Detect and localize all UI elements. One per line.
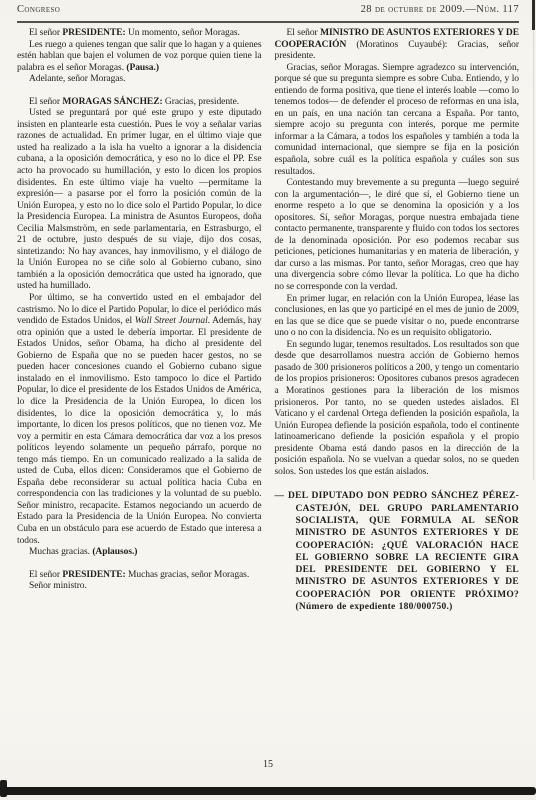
paragraph: Usted se preguntará por qué este grupo y…	[17, 108, 262, 293]
paragraph: Contestando muy brevemente a su pregunta…	[275, 178, 520, 293]
left-column: El señor PRESIDENTE: Un momento, señor M…	[17, 28, 262, 613]
scan-edge-artifact	[0, 787, 536, 795]
speech-moragas-opening: El señor MORAGAS SÁNCHEZ: Gracias, presi…	[17, 97, 262, 109]
speech-president-interruption: El señor PRESIDENTE: Un momento, señor M…	[17, 28, 262, 40]
paragraph: Por último, se ha convertido usted en el…	[17, 293, 262, 547]
paragraph: Señor ministro.	[17, 581, 262, 593]
paragraph: Gracias, señor Moragas. Siempre agradezc…	[275, 63, 520, 178]
page-header: Congreso 28 de octubre de 2009.—Núm. 117	[17, 4, 519, 15]
paragraph: Les ruego a quienes tengan que salir que…	[17, 40, 262, 75]
header-date-issue: 28 de octubre de 2009.—Núm. 117	[361, 4, 519, 15]
scan-edge-artifact	[532, 0, 535, 30]
page-number: 15	[263, 759, 273, 770]
header-rule	[17, 21, 519, 23]
speech-minister-opening: El señor MINISTRO DE ASUNTOS EXTERIORES …	[275, 28, 520, 63]
paragraph: Adelante, señor Moragas.	[17, 74, 262, 86]
page-footer: 15	[0, 759, 536, 770]
document-page: Congreso 28 de octubre de 2009.—Núm. 117…	[0, 0, 536, 800]
agenda-item-question: — DEL DIPUTADO DON PEDRO SÁNCHEZ PÉREZ-C…	[275, 490, 520, 613]
right-column: El señor MINISTRO DE ASUNTOS EXTERIORES …	[275, 28, 520, 613]
paragraph: En primer lugar, en relación con la Unió…	[275, 294, 520, 340]
paragraph: Muchas gracias. (Aplausos.)	[17, 547, 262, 559]
text-columns: El señor PRESIDENTE: Un momento, señor M…	[17, 28, 519, 613]
speech-president-thanks: El señor PRESIDENTE: Muchas gracias, señ…	[17, 570, 262, 582]
header-publication-title: Congreso	[17, 4, 60, 15]
scan-edge-artifact	[533, 30, 534, 480]
paragraph: En segundo lugar, tenemos resultados. Lo…	[275, 340, 520, 479]
